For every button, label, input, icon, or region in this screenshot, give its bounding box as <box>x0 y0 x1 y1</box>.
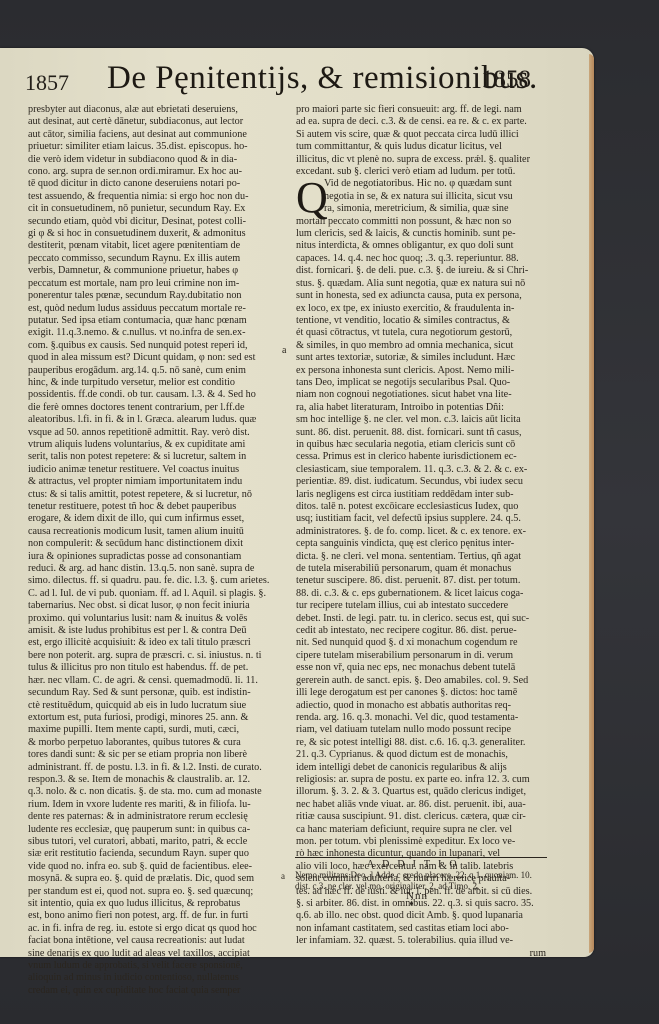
text-line: dente res paternas: & in administratore … <box>28 811 276 823</box>
text-line: verbis, Damnetur, & communione priuetur,… <box>28 265 276 277</box>
text-line: putatur. Sed ipsa etiam contumacia, quæ … <box>28 315 276 327</box>
text-line: re, & sic potest intelligi 88. dist. c.6… <box>296 737 546 749</box>
text-line: nit. Sed nunquid quod §. d xi monachum c… <box>296 637 546 649</box>
text-line: iura & opiniones supradictas posse ad co… <box>28 551 276 563</box>
text-line: lum clericis, sed & laicis, & cunctis ho… <box>296 228 546 240</box>
text-line: illicitus, dic vt plenè no. supra de exc… <box>296 154 546 166</box>
text-line: aleatoribus. l.fi. in fi. & in l. Græca.… <box>28 414 276 426</box>
text-line: vnum ludum de approbatis, si velit facer… <box>28 960 276 972</box>
text-line: com. §.quibus ex causis. Sed nunquid pot… <box>28 340 276 352</box>
text-line: ca hanc materiam deficiunt, require supr… <box>296 824 546 836</box>
text-line: Nemo militans Deo. ] Adde c credo placer… <box>295 870 547 881</box>
text-line: gererein auth. de sanct. epis. §. Deo am… <box>296 675 546 687</box>
text-line: sunt artes textoriæ, sutoriæ, & similes … <box>296 352 546 364</box>
text-line: sunt in honesta, sed ex adiuncta causa, … <box>296 290 546 302</box>
text-line: test assuendo, & frequentia nimia: si er… <box>28 191 276 203</box>
text-line: stus. §. quædam. Alia sunt negotia, quæ … <box>296 278 546 290</box>
text-line: q.3. nolo. & c. non dicatis. §. de sta. … <box>28 786 276 798</box>
text-line: perientiæ. 89. dist. iudicatum. Secundus… <box>296 476 546 488</box>
text-line: siæ erit restitutio facienda, secundum R… <box>28 848 276 860</box>
text-line: cepta sanguinis vindicta, quę est cleric… <box>296 538 546 550</box>
text-line: per standum est ei, quod not. supra eo. … <box>28 886 276 898</box>
text-line: adiectio, quod in monacho est abbatis au… <box>296 700 546 712</box>
text-line: rium. Idem in vxore ludente res mariti, … <box>28 799 276 811</box>
text-line: illorum. §. 3. 2. & 3. Quartus est, quād… <box>296 786 546 798</box>
text-line: extortum est, puta furiosi, prodigi, min… <box>28 712 276 724</box>
text-line: Vid de negotiatoribus. Hic no. φ quædam … <box>324 178 546 190</box>
text-line: pro maiori parte sic fieri consueuit: ar… <box>296 104 546 116</box>
text-line: aut desinat, aut certè dānetur, subdiaco… <box>28 116 276 128</box>
text-line: vide quod no. infra eo. sub §. quid de f… <box>28 861 276 873</box>
text-line: tenetur suscipere. 86. dist. peruenit. 8… <box>296 575 546 587</box>
text-line: est, quòd nedum ludus assiduus peccatum … <box>28 303 276 315</box>
text-line: in quibus hæc secularia negotia, etiam c… <box>296 439 546 451</box>
text-line: & morbo perpetuo laborantes, quibus tuto… <box>28 737 276 749</box>
text-line: sine denarijs ex quo ludit ad aleas vel … <box>28 948 276 960</box>
text-line: maxime pupilli. Item mente capti, surdi,… <box>28 724 276 736</box>
text-line: dist. fornicari. §. de deli. pue. c.3. §… <box>296 265 546 277</box>
text-line: secundum Ray. Sed & sunt personæ, quib. … <box>28 687 276 699</box>
text-line: riam, vel datiuam tutelam nullo modo pos… <box>296 724 546 736</box>
text-line: C. ad l. Iul. de vi pub. quoniam. ff. ad… <box>28 588 276 600</box>
text-line: quod in alea missum est? Dicunt quidam, … <box>28 352 276 364</box>
text-line: laris negligens est circa iustitiam redd… <box>296 489 546 501</box>
text-line: tē quod dicitur in dicto canone deseruie… <box>28 178 276 190</box>
text-line: ctus: & si talis amittit, potest repeter… <box>28 489 276 501</box>
right-column-opening: pro maiori parte sic fieri consueuit: ar… <box>296 104 546 178</box>
text-line: die ferè omnes doctores tenent contrariu… <box>28 402 276 414</box>
addition-rule <box>295 857 547 858</box>
text-line: vtrum aliquis ludens voluntarius, & ex c… <box>28 439 276 451</box>
addition-title: ADDITIO. <box>295 859 547 870</box>
right-column-body: mortali peccato committi non possunt, & … <box>296 216 546 948</box>
text-line: & attractus, vel propter nimiam importun… <box>28 476 276 488</box>
text-line: 21. q.3. Cyprianus. & quod dictum est de… <box>296 749 546 761</box>
text-line: tores dandi sunt: & sic per se etiam pro… <box>28 749 276 761</box>
text-line: sunt. 86. dist. peruenit. 88. dist. forn… <box>296 427 546 439</box>
text-line: faciat bona intētione, vel causa recreat… <box>28 935 276 947</box>
text-line: pauperibus erogādum. arg.14. q.5. nō san… <box>28 365 276 377</box>
text-line: alioquin ad minus in iudicio contentioso… <box>28 972 276 984</box>
text-line: est, bono animo fieri non potest, arg. f… <box>28 910 276 922</box>
text-line: ad ea. supra de deci. c.3. & de censi. e… <box>296 116 546 128</box>
text-line: ludente res ecclesiæ, quę pauperum sunt:… <box>28 824 276 836</box>
text-line: hær. nec vllam. C. de agri. & censi. que… <box>28 675 276 687</box>
right-page-number: 1858 <box>481 66 531 94</box>
text-line: aut cātor, similia faciens, aut desinat … <box>28 129 276 141</box>
text-line: die verò idem videtur in subdiacono quod… <box>28 154 276 166</box>
text-line: cono. arg. supra de ser.non ordi.miramur… <box>28 166 276 178</box>
text-line: tulus & illicitus pro non titulo est hab… <box>28 662 276 674</box>
text-line: ctè restituēdum, quicquid ab eis in ludo… <box>28 700 276 712</box>
text-line: sibus tutori, vel curatori, abbati, mari… <box>28 836 276 848</box>
text-line: credam ei, quin ex cupiditate hoc faciat… <box>28 985 276 997</box>
text-line: bere non poterit. arg. supra de præscri.… <box>28 650 276 662</box>
text-line: non infamant castitatem, sed castitas et… <box>296 923 546 935</box>
text-line: cedit ab intestato, nec recipere cogitur… <box>296 625 546 637</box>
left-page-number: 1857 <box>25 70 69 96</box>
text-line: ditos. talē n. potest excōicare ecclesia… <box>296 501 546 513</box>
text-line: nitus interdicta, & omnes obligantur, ex… <box>296 240 546 252</box>
text-line: niam non cognoui negotiationes. sicut ha… <box>296 389 546 401</box>
text-line: proximo. qui voluntarius lusit: nam & in… <box>28 613 276 625</box>
text-line: tabernarius. Nec obst. si dicat lusor, φ… <box>28 600 276 612</box>
text-line: ex persona inhonesta sunt clericis. Apos… <box>296 365 546 377</box>
left-text-column: presbyter aut diaconus, alæ aut ebrietat… <box>28 104 276 997</box>
text-line: clesiasticam, siue temporalem. 11. q.3. … <box>296 464 546 476</box>
text-line: ler infamiam. 32. quæst. 5. tolerabilius… <box>296 935 546 947</box>
text-line: peccato commisso, secundum Raynu. Ex ill… <box>28 253 276 265</box>
text-line: cit in consuetudinem, nō punietur, secun… <box>28 203 276 215</box>
page-edge <box>589 54 594 953</box>
text-line: tum committantur, & quis ludus dicatur l… <box>296 141 546 153</box>
text-line: ra, alia habet literaturam, Introibo in … <box>296 402 546 414</box>
text-line: destiterit, pœnam vitabit, licet agere p… <box>28 240 276 252</box>
text-line: mosynā. & supra eo. §. quid de prælatis.… <box>28 873 276 885</box>
text-line: serit, talis non potest repetere: & si l… <box>28 451 276 463</box>
text-line: dicta. §. ne cleri. vel mona. sententiam… <box>296 551 546 563</box>
text-line: ex loco, ex tpe, ex iniusto exercitio, &… <box>296 303 546 315</box>
text-line: illi lege derogatum est per canones §. d… <box>296 687 546 699</box>
text-line: administratores. §. de fo. comp. licet. … <box>296 526 546 538</box>
margin-note-marker: a <box>282 345 286 356</box>
text-line: sit intentio, quia ex quo ludus illicitu… <box>28 898 276 910</box>
text-line: nec habet aliās vnde viuat. ar. 86. dist… <box>296 799 546 811</box>
text-line: peccatum est mortale, nam pro leui crimi… <box>28 278 276 290</box>
text-line: ponerentur tales pœnæ, secundum Ray.dubi… <box>28 290 276 302</box>
text-line: debet. Insti. de legi. patr. tu. in cler… <box>296 613 546 625</box>
text-line: mon. per totum. vbi plenissimè expeditur… <box>296 836 546 848</box>
text-line: q.6. ab illo. nec obst. quod dicit Amb. … <box>296 910 546 922</box>
text-line: religiosis: ar. supra de postu. ex parte… <box>296 774 546 786</box>
text-line: & similes, in quo membro ad omnia mechan… <box>296 340 546 352</box>
addition-note: ADDITIO. a Nemo militans Deo. ] Adde c c… <box>295 859 547 892</box>
text-line: mortali peccato committi non possunt, & … <box>296 216 546 228</box>
text-line: cipere tutelam miserabilium personarum i… <box>296 650 546 662</box>
right-text-column: pro maiori parte sic fieri consueuit: ar… <box>296 104 546 960</box>
text-line: erogare, & idem dixit de illo, qui cum i… <box>28 513 276 525</box>
text-line: excedant. sub §. clerici verò etiam ad l… <box>296 166 546 178</box>
text-line: presbyter aut diaconus, alæ aut ebrietat… <box>28 104 276 116</box>
text-line: exigit. 11.q.3.nemo. & c.nullus. vt no.i… <box>28 327 276 339</box>
text-line: renda. arg. 16. q.3. monachi. Vel dic, q… <box>296 712 546 724</box>
signature-mark: Nnn <box>406 890 428 902</box>
text-line: secundo etiam, quòd vbi dicitur, Desinat… <box>28 216 276 228</box>
text-line: gi φ & si hoc in consuetudinem duxerit, … <box>28 228 276 240</box>
text-line: est, ergo illicitè acquisiuit: & ideo ex… <box>28 637 276 649</box>
text-line: causa recreationis modicum lusit, tamen … <box>28 526 276 538</box>
text-line: respon.3. & se. Item de monachis & claus… <box>28 774 276 786</box>
text-line: ét quasi cōtractus, vt tutela, cura nego… <box>296 327 546 339</box>
text-line: vsque ad 50. annos repetitionē admittit.… <box>28 427 276 439</box>
text-line: cessa. Primus est in clerico habente iur… <box>296 451 546 463</box>
text-line: tentione, vt venditio, locatio & similes… <box>296 315 546 327</box>
text-line: esse non vř, quia nec eps, nec monachus … <box>296 662 546 674</box>
text-line: tenetur restituere, potest tñ hoc & debe… <box>28 501 276 513</box>
running-title: De Pęnitentijs, & remisionibus. <box>107 60 538 97</box>
text-line: tur recipere tutelam illius, cui ab inte… <box>296 600 546 612</box>
text-line: amisit. & iste ludus prohibitus est per … <box>28 625 276 637</box>
text-line: reduci. & arg. ad hanc distin. 13.q.5. n… <box>28 563 276 575</box>
text-line: Si autem vis scire, quæ & quot peccata c… <box>296 129 546 141</box>
ornament-dot <box>410 902 413 905</box>
text-line: administrant. ff. de postu. l.3. in fi. … <box>28 762 276 774</box>
addition-bullet-marker: a <box>281 871 285 882</box>
text-line: possidentis. ff.de condi. ob tur. causam… <box>28 389 276 401</box>
addition-text: Nemo militans Deo. ] Adde c credo placer… <box>295 870 547 892</box>
text-line: priuetur: similiter etiam laicus. 35.dis… <box>28 141 276 153</box>
text-line: iudicio animæ tenetur restituere. Vel co… <box>28 464 276 476</box>
text-line: capaces. 14. q.4. nec hoc quoq; .3. q.3.… <box>296 253 546 265</box>
text-line: ac. in fi. infra de reg. iu. estote si e… <box>28 923 276 935</box>
text-line: hinc, & inde turpitudo versetur, melior … <box>28 377 276 389</box>
text-line: negotia in se, & ex natura sui illicita,… <box>324 191 546 203</box>
text-line: de tutela miserabiliū personarum, quam é… <box>296 563 546 575</box>
text-line: ra, simonia, meretricium, & similia, quæ… <box>324 203 546 215</box>
chapter-opening: Q Vid de negotiatoribus. Hic no. φ quæda… <box>296 178 546 215</box>
catchword: rum <box>296 948 546 960</box>
text-line: ritiæ causa suscipiunt. 91. dist. cleric… <box>296 811 546 823</box>
text-line: tans Deo, implicat se negotijs secularib… <box>296 377 546 389</box>
text-line: usq; iustitiam facit, vel defectū ipsius… <box>296 513 546 525</box>
drop-cap-lines: Vid de negotiatoribus. Hic no. φ quædam … <box>296 178 546 215</box>
drop-cap: Q <box>296 178 328 218</box>
text-line: sm hoc intellige §. ne cler. vel mon. c.… <box>296 414 546 426</box>
text-line: 88. di. c.3. & c. eps gubernationem. & l… <box>296 588 546 600</box>
running-header: 1857 De Pęnitentijs, & remisionibus. 185… <box>25 60 575 104</box>
text-line: non compulerit: & secūdum hanc distincti… <box>28 538 276 550</box>
text-line: simo. dilectus. ff. si quadru. pau. fe. … <box>28 575 276 587</box>
text-line: idem intelligi debet de canonicis regula… <box>296 762 546 774</box>
